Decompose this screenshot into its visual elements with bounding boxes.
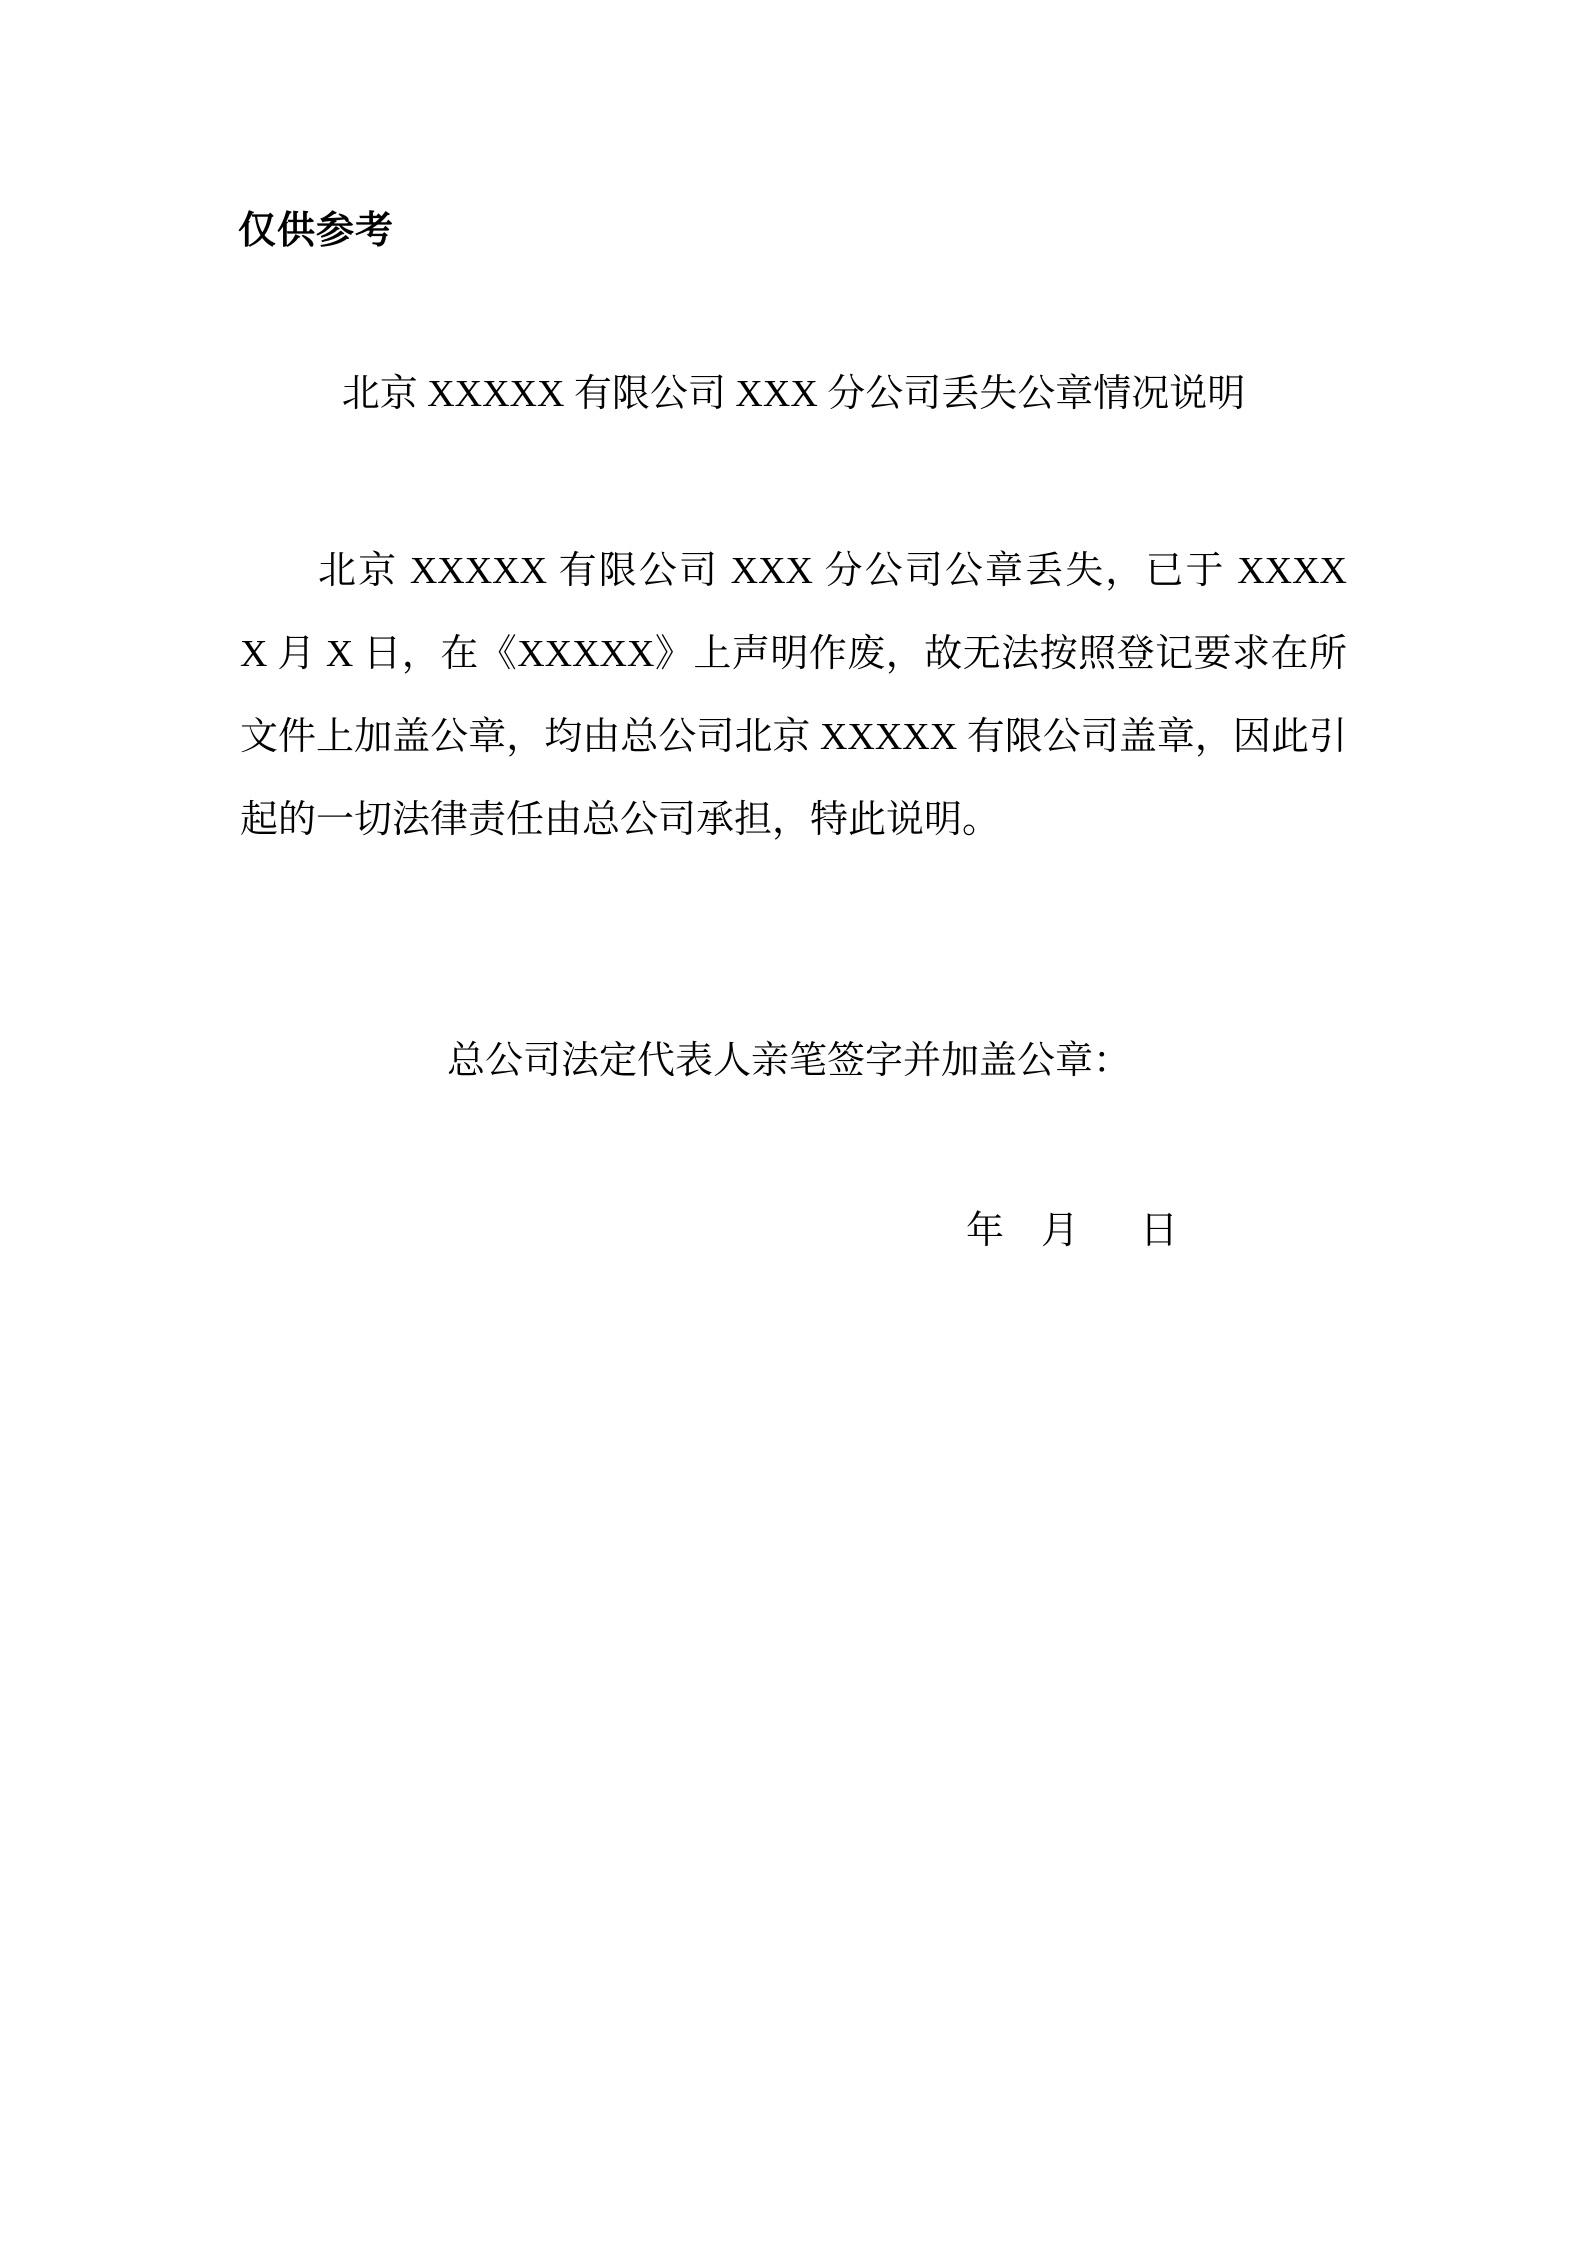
document-page: 仅供参考 北京 XXXXX 有限公司 XXX 分公司丢失公章情况说明 北京 XX… (0, 0, 1587, 2245)
body-line: 文件上加盖公章，均由总公司北京 XXXXX 有限公司盖章，因此引 (240, 696, 1347, 779)
date-year-label: 年 (966, 1208, 1004, 1254)
body-line: 起的一切法律责任由总公司承担，特此说明。 (240, 779, 1347, 862)
body-paragraph: 北京 XXXXX 有限公司 XXX 分公司公章丢失，已于 XXXX 年 X 月 … (240, 530, 1347, 862)
date-month-label: 月 (1041, 1208, 1079, 1254)
date-day-label: 日 (1140, 1208, 1178, 1254)
signature-label: 总公司法定代表人亲笔签字并加盖公章： (447, 1038, 1131, 1084)
document-title: 北京 XXXXX 有限公司 XXX 分公司丢失公章情况说明 (240, 371, 1347, 417)
reference-note: 仅供参考 (238, 209, 394, 253)
body-line: X 月 X 日，在《XXXXX》上声明作废，故无法按照登记要求在所需 (240, 613, 1347, 696)
body-line: 北京 XXXXX 有限公司 XXX 分公司公章丢失，已于 XXXX 年 (240, 530, 1347, 613)
